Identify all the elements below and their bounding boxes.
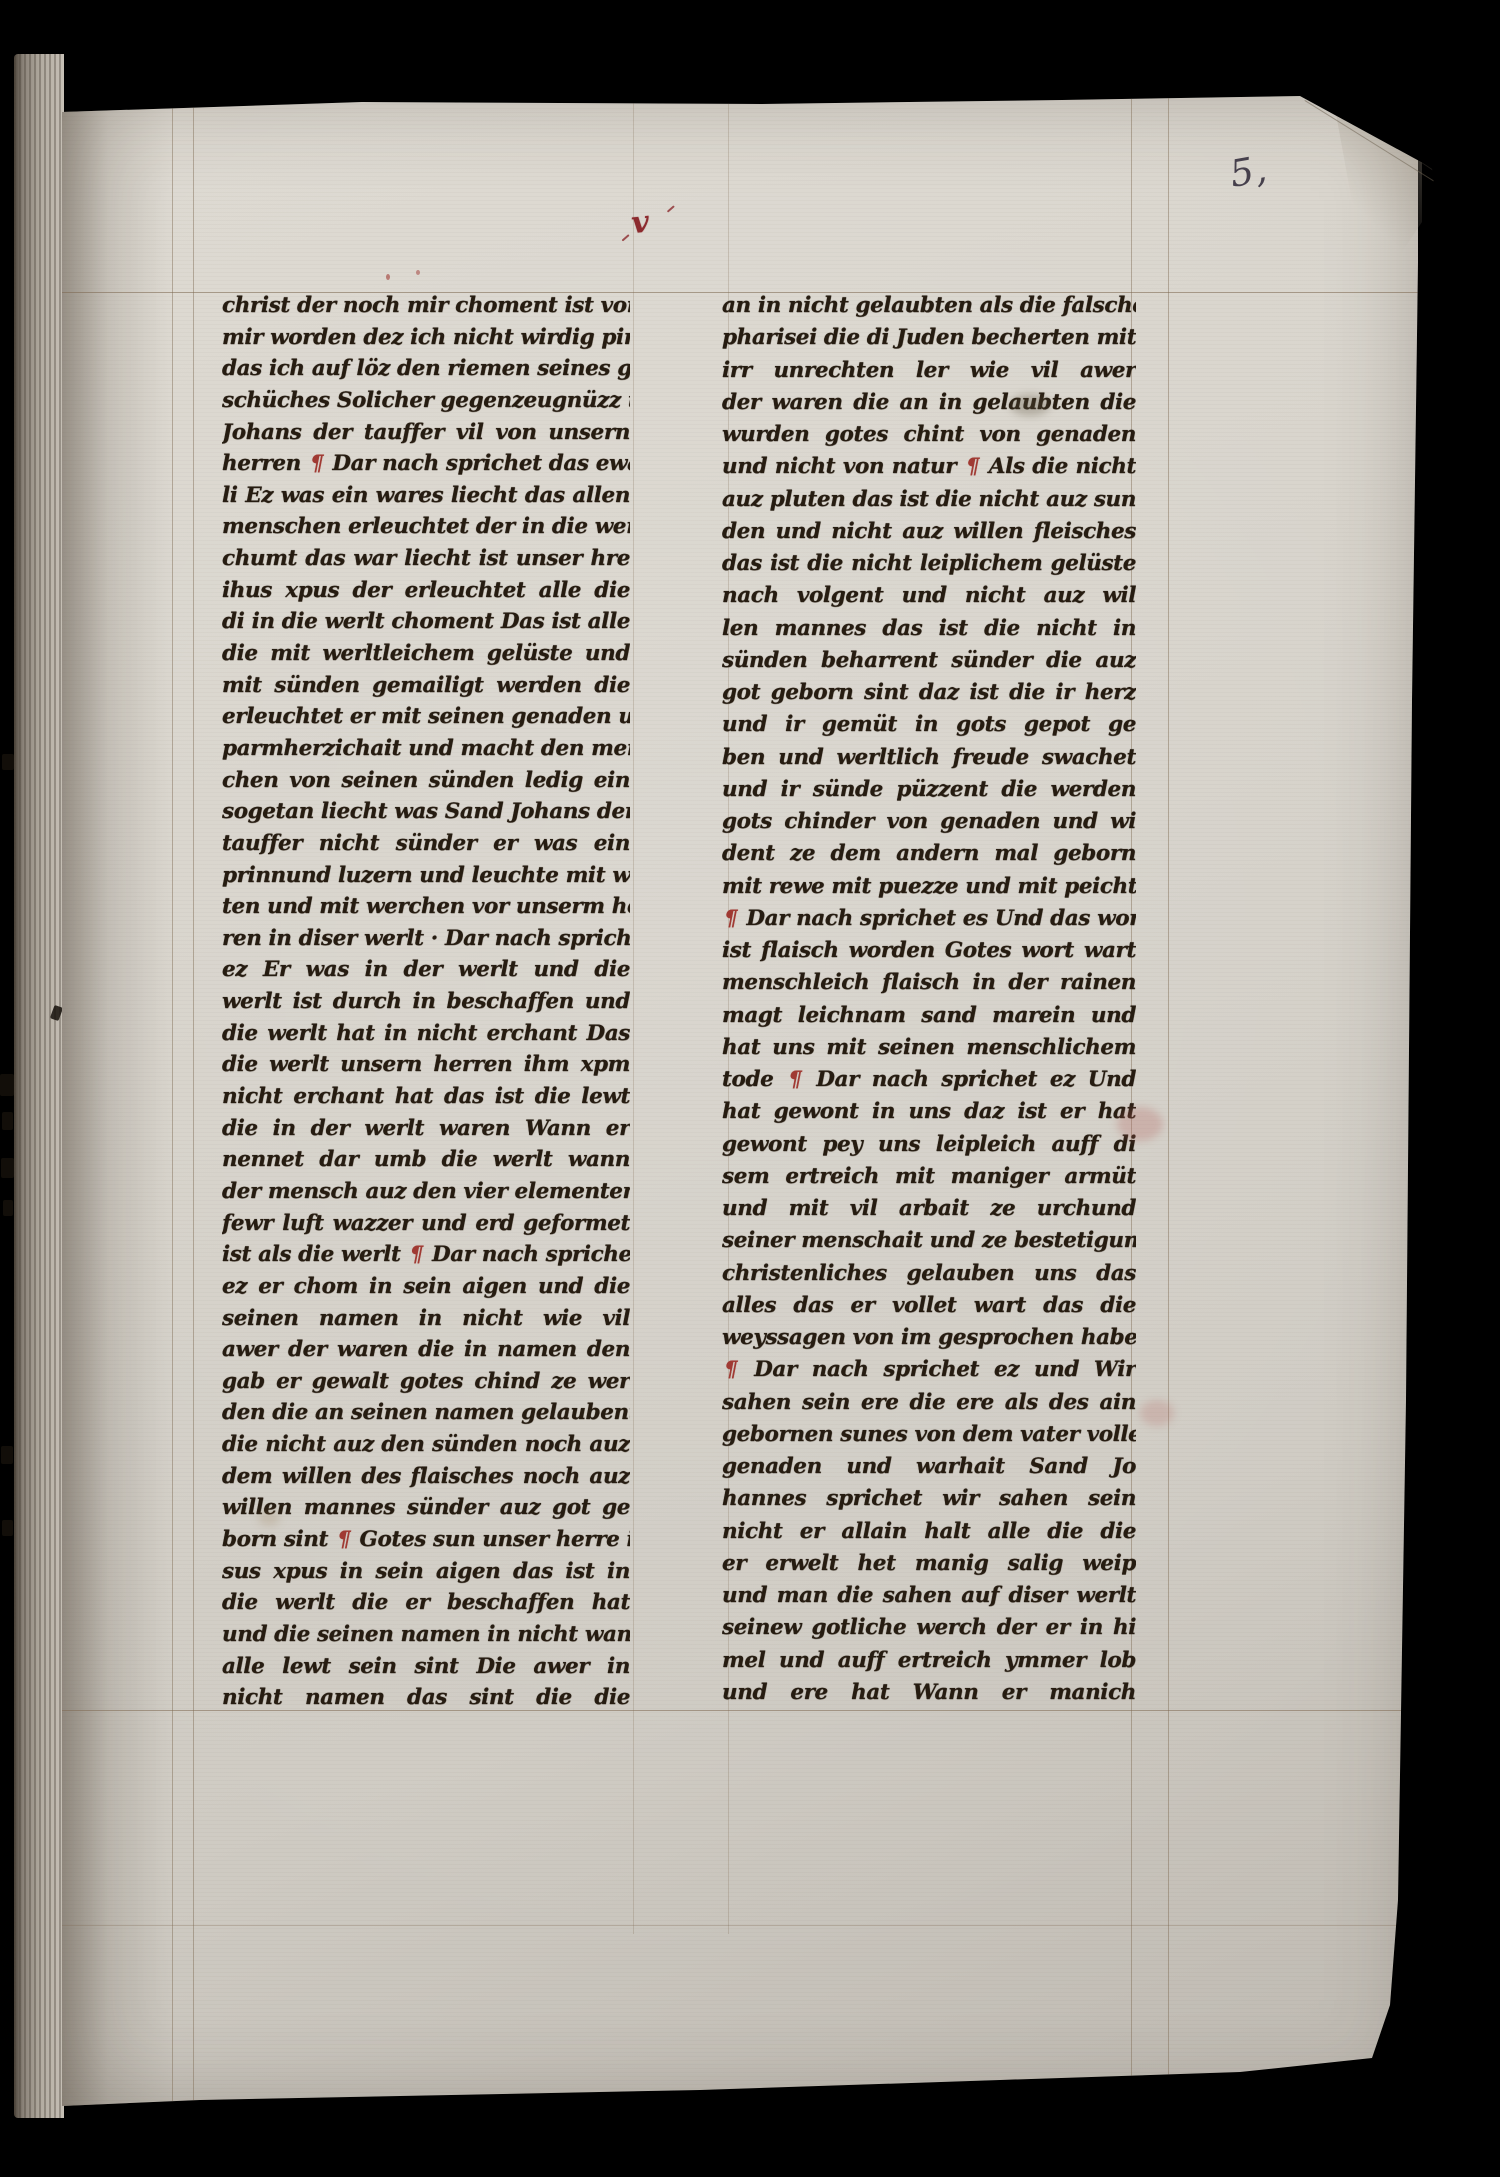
red-speck	[416, 270, 420, 275]
manuscript-text-line: nicht namen das sint die die	[222, 1682, 630, 1714]
text-run: die in der werlt waren Wann er	[222, 1116, 630, 1141]
text-run: nicht er allain halt alle die die	[722, 1519, 1136, 1544]
text-run: ren in diser werlt · Dar nach sprichet	[222, 926, 630, 951]
text-run: menschen erleuchtet der in die werlt	[222, 514, 630, 539]
manuscript-text-line: gots chinder von genaden und wi	[722, 806, 1136, 838]
manuscript-text-line: die nicht auz den sünden noch auz	[222, 1429, 630, 1461]
text-run: schüches Solicher gegenzeugnüzz tet sant	[222, 388, 630, 413]
text-run: und man die sahen auf diser werlt	[722, 1583, 1136, 1608]
manuscript-text-line: sogetan liecht was Sand Johans der	[222, 796, 630, 828]
manuscript-text-line: ¶ Dar nach sprichet ez und Wir	[722, 1354, 1136, 1386]
manuscript-text-line: ¶ Dar nach sprichet es Und das wort	[722, 903, 1136, 935]
quire-mark-tick	[667, 205, 675, 212]
text-run: das ist die nicht leiplichem gelüste	[722, 551, 1136, 576]
text-run: ihus xpus der erleuchtet alle die	[222, 578, 630, 603]
text-run: die mit werltleichem gelüste und	[222, 641, 630, 666]
manuscript-text-line: tauffer nicht sünder er was ein	[222, 828, 630, 860]
text-run: nicht namen das sint die die	[222, 1685, 630, 1710]
text-run: di in die werlt choment Das ist alle	[222, 609, 630, 634]
text-run: alles das er vollet wart das die	[722, 1293, 1136, 1318]
manuscript-text-line: mel und auff ertreich ymmer lob	[722, 1645, 1136, 1677]
text-run: die nicht auz den sünden noch auz	[222, 1432, 630, 1457]
text-run: alle lewt sein sint Die awer in	[222, 1654, 630, 1679]
pilcrow-mark: ¶	[335, 1527, 352, 1552]
ink-fragment	[2, 1520, 13, 1536]
text-run: awer der waren die in namen den	[222, 1337, 630, 1362]
manuscript-text-line: len mannes das ist die nicht in	[722, 613, 1136, 645]
manuscript-text-line: christenliches gelauben uns das	[722, 1258, 1136, 1290]
manuscript-text-line: er erwelt het manig salig weip	[722, 1548, 1136, 1580]
manuscript-text-line: pharisei die di Juden becherten mit	[722, 322, 1136, 354]
ruling-line-right-outer	[1168, 98, 1169, 2088]
text-run: sogetan liecht was Sand Johans der	[222, 799, 630, 824]
text-run: hat gewont in uns daz ist er hat	[722, 1099, 1136, 1124]
manuscript-text-line: ez Er was in der werlt und die	[222, 954, 630, 986]
text-run: erleuchtet er mit seinen genaden und	[222, 704, 630, 729]
manuscript-text-line: und mit vil arbait ze urchund	[722, 1193, 1136, 1225]
text-run: Johans der tauffer vil von unsern	[222, 420, 630, 445]
text-run: nach volgent und nicht auz wil	[722, 583, 1136, 608]
manuscript-text-line: alles das er vollet wart das die	[722, 1290, 1136, 1322]
quire-mark-letter: v	[630, 204, 651, 241]
text-run: der mensch auz den vier elementen	[222, 1179, 630, 1204]
manuscript-text-line: nicht er allain halt alle die die	[722, 1516, 1136, 1548]
ink-speck	[50, 1005, 63, 1021]
text-run: genaden und warhait Sand Jo	[722, 1454, 1136, 1479]
manuscript-text-line: wurden gotes chint von genaden	[722, 419, 1136, 451]
ruling-line-left-outer	[172, 100, 173, 2102]
text-run: seinen namen in nicht wie vil	[222, 1306, 630, 1331]
manuscript-text-line: magt leichnam sand marein und	[722, 1000, 1136, 1032]
manuscript-text-line: awer der waren die in namen den	[222, 1334, 630, 1366]
text-run: den die an seinen namen gelaubent	[222, 1400, 630, 1425]
manuscript-text-line: dem willen des flaisches noch auz	[222, 1461, 630, 1493]
text-run: willen mannes sünder auz got ge	[222, 1495, 630, 1520]
manuscript-text-line: und man die sahen auf diser werlt	[722, 1580, 1136, 1612]
manuscript-text-line: tode ¶ Dar nach sprichet ez Und	[722, 1064, 1136, 1096]
text-run: herren	[222, 451, 308, 476]
text-run: nicht erchant hat das ist die lewt	[222, 1084, 630, 1109]
text-run: dem willen des flaisches noch auz	[222, 1464, 630, 1489]
manuscript-page: v 5, christ der noch mir choment ist vor…	[62, 92, 1418, 2108]
manuscript-text-line: Johans der tauffer vil von unsern	[222, 417, 630, 449]
text-run: gab er gewalt gotes chind ze wer	[222, 1369, 630, 1394]
manuscript-text-line: genaden und warhait Sand Jo	[722, 1451, 1136, 1483]
text-run: und nicht von natur	[722, 454, 964, 479]
soil-smudge	[1010, 394, 1050, 416]
text-run: gewont pey uns leipleich auff di	[722, 1132, 1136, 1157]
text-run: seiner menschait und ze bestetigung	[722, 1228, 1136, 1253]
text-run: sem ertreich mit maniger armüt	[722, 1164, 1136, 1189]
manuscript-text-line: gebornen sunes von dem vater vollen	[722, 1419, 1136, 1451]
ink-fragment	[0, 1074, 14, 1096]
text-run: Dar nach sprichet ez und Wir	[739, 1357, 1136, 1382]
manuscript-text-line: und die seinen namen in nicht wan	[222, 1619, 630, 1651]
manuscript-text-line: den und nicht auz willen fleisches	[722, 516, 1136, 548]
text-run: der waren die an in gelaubten die	[722, 390, 1136, 415]
text-run: christenliches gelauben uns das	[722, 1261, 1136, 1286]
text-run: Dar nach sprichet	[425, 1242, 630, 1267]
manuscript-text-line: die in der werlt waren Wann er	[222, 1113, 630, 1145]
book-leaf-edges	[14, 54, 64, 2118]
manuscript-text-line: ez er chom in sein aigen und die	[222, 1271, 630, 1303]
text-run: weyssagen von im gesprochen habet	[722, 1325, 1136, 1350]
manuscript-text-line: gewont pey uns leipleich auff di	[722, 1129, 1136, 1161]
text-run: ist flaisch worden Gotes wort wart	[722, 938, 1136, 963]
text-run: chumt das war liecht ist unser hre	[222, 546, 630, 571]
manuscript-text-line: ist flaisch worden Gotes wort wart	[722, 935, 1136, 967]
manuscript-text-line: dent ze dem andern mal geborn	[722, 838, 1136, 870]
text-run: Dar nach sprichet ez Und	[803, 1067, 1136, 1092]
manuscript-text-line: weyssagen von im gesprochen habet	[722, 1322, 1136, 1354]
text-run: mit sünden gemailigt werden die	[222, 673, 630, 698]
manuscript-text-line: das ist die nicht leiplichem gelüste	[722, 548, 1136, 580]
manuscript-text-line: chen von seinen sünden ledig ein	[222, 765, 630, 797]
red-speck	[386, 274, 390, 280]
manuscript-text-line: die mit werltleichem gelüste und	[222, 638, 630, 670]
manuscript-text-line: fewr luft wazzer und erd geformet	[222, 1208, 630, 1240]
manuscript-text-line: die werlt hat in nicht erchant Das	[222, 1018, 630, 1050]
text-run: sünden beharrent sünder die auz	[722, 648, 1136, 673]
manuscript-text-line: sahen sein ere die ere als des ain	[722, 1387, 1136, 1419]
text-run: chen von seinen sünden ledig ein	[222, 768, 630, 793]
manuscript-text-line: nennet dar umb die werlt wann	[222, 1144, 630, 1176]
manuscript-text-line: die werlt unsern herren ihm xpm	[222, 1049, 630, 1081]
manuscript-text-line: ist als die werlt ¶ Dar nach sprichet	[222, 1239, 630, 1271]
text-run: hat uns mit seinen menschlichem	[722, 1035, 1136, 1060]
manuscript-text-line: got geborn sint daz ist die ir herz	[722, 677, 1136, 709]
folio-number: 5,	[1227, 147, 1271, 196]
text-run: Dar nach sprichet das ewange	[325, 451, 630, 476]
text-run: die werlt die er beschaffen hat	[222, 1590, 630, 1615]
manuscript-text-line: der waren die an in gelaubten die	[722, 387, 1136, 419]
text-run: und ere hat Wann er manich	[722, 1680, 1136, 1705]
text-run: ez Er was in der werlt und die	[222, 957, 630, 982]
manuscript-text-line: sus xpus in sein aigen das ist in	[222, 1556, 630, 1588]
text-run: ez er chom in sein aigen und die	[222, 1274, 630, 1299]
ink-fragment	[1, 1158, 14, 1178]
text-run: ten und mit werchen vor unserm her	[222, 894, 630, 919]
manuscript-text-line: hannes sprichet wir sahen sein	[722, 1483, 1136, 1515]
text-run: magt leichnam sand marein und	[722, 1003, 1136, 1028]
text-run: parmherzichait und macht den mens	[222, 736, 630, 761]
text-run: christ der noch mir choment ist vor	[222, 293, 630, 318]
manuscript-text-line: ren in diser werlt · Dar nach sprichet	[222, 923, 630, 955]
ink-fragment	[2, 754, 14, 770]
text-run: sus xpus in sein aigen das ist in	[222, 1559, 630, 1584]
ink-fragment	[1, 1446, 13, 1464]
manuscript-text-line: parmherzichait und macht den mens	[222, 733, 630, 765]
manuscript-text-line: willen mannes sünder auz got ge	[222, 1492, 630, 1524]
pilcrow-mark: ¶	[722, 1357, 739, 1382]
manuscript-text-line: das ich auf löz den riemen seines ge	[222, 353, 630, 385]
text-run: ist als die werlt	[222, 1242, 408, 1267]
ruling-line-lower-margin	[62, 1925, 1418, 1926]
photo-background: v 5, christ der noch mir choment ist vor…	[0, 0, 1500, 2177]
text-run: und mit vil arbait ze urchund	[722, 1196, 1136, 1221]
pigment-smudge	[1117, 1107, 1163, 1141]
text-run: prinnund luzern und leuchte mit wor	[222, 863, 630, 888]
manuscript-text-line: herren ¶ Dar nach sprichet das ewange	[222, 448, 630, 480]
manuscript-text-line: und ir gemüt in gots gepot ge	[722, 709, 1136, 741]
text-run: Dar nach sprichet es Und das wort	[739, 906, 1136, 931]
text-run: die werlt unsern herren ihm xpm	[222, 1052, 630, 1077]
manuscript-text-line: irr unrechten ler wie vil awer	[722, 355, 1136, 387]
manuscript-text-line: ihus xpus der erleuchtet alle die	[222, 575, 630, 607]
text-column-right: an in nicht gelaubten als die falschepha…	[722, 290, 1136, 1709]
pigment-smudge	[1140, 1400, 1174, 1426]
manuscript-text-line: die werlt die er beschaffen hat	[222, 1587, 630, 1619]
text-run: gots chinder von genaden und wi	[722, 809, 1136, 834]
text-run: er erwelt het manig salig weip	[722, 1551, 1136, 1576]
manuscript-text-line: ten und mit werchen vor unserm her	[222, 891, 630, 923]
text-run: hannes sprichet wir sahen sein	[722, 1486, 1136, 1511]
text-run: dent ze dem andern mal geborn	[722, 841, 1136, 866]
manuscript-text-line: der mensch auz den vier elementen	[222, 1176, 630, 1208]
manuscript-text-line: an in nicht gelaubten als die falsche	[722, 290, 1136, 322]
manuscript-text-line: und ere hat Wann er manich	[722, 1677, 1136, 1709]
text-run: irr unrechten ler wie vil awer	[722, 358, 1136, 383]
text-run: den und nicht auz willen fleisches	[722, 519, 1136, 544]
ink-fragment	[2, 1112, 13, 1130]
text-run: die werlt hat in nicht erchant Das	[222, 1021, 630, 1046]
manuscript-text-line: hat uns mit seinen menschlichem	[722, 1032, 1136, 1064]
quire-mark: v	[630, 202, 674, 250]
pilcrow-mark: ¶	[964, 454, 981, 479]
text-run: und ir gemüt in gots gepot ge	[722, 712, 1136, 737]
manuscript-text-line: sem ertreich mit maniger armüt	[722, 1161, 1136, 1193]
manuscript-text-line: den die an seinen namen gelaubent	[222, 1397, 630, 1429]
ruling-line-intercolumn-left	[633, 98, 634, 1934]
manuscript-text-line: sünden beharrent sünder die auz	[722, 645, 1136, 677]
text-run: fewr luft wazzer und erd geformet	[222, 1211, 630, 1236]
manuscript-text-line: chumt das war liecht ist unser hre	[222, 543, 630, 575]
text-run: Gotes sun unser herre ihe	[352, 1527, 630, 1552]
text-run: werlt ist durch in beschaffen und	[222, 989, 630, 1014]
text-run: auz pluten das ist die nicht auz sun	[722, 487, 1136, 512]
manuscript-text-line: und ir sünde püzzent die werden	[722, 774, 1136, 806]
manuscript-text-line: mit rewe mit puezze und mit peicht	[722, 871, 1136, 903]
manuscript-text-line: mir worden dez ich nicht wirdig pin	[222, 322, 630, 354]
manuscript-text-line: erleuchtet er mit seinen genaden und	[222, 701, 630, 733]
pilcrow-mark: ¶	[722, 906, 739, 931]
manuscript-text-line: nicht erchant hat das ist die lewt	[222, 1081, 630, 1113]
manuscript-text-line: werlt ist durch in beschaffen und	[222, 986, 630, 1018]
text-run: mit rewe mit puezze und mit peicht	[722, 874, 1136, 899]
quire-mark-tick	[622, 234, 630, 241]
text-run: seinew gotliche werch der er in hi	[722, 1615, 1136, 1640]
text-run: len mannes das ist die nicht in	[722, 616, 1136, 641]
text-run: gebornen sunes von dem vater vollen	[722, 1422, 1136, 1447]
text-run: mel und auff ertreich ymmer lob	[722, 1648, 1136, 1673]
text-run: ben und werltlich freude swachet	[722, 745, 1136, 770]
ink-fragment	[3, 1200, 13, 1216]
text-run: und ir sünde püzzent die werden	[722, 777, 1136, 802]
manuscript-text-line: li Ez was ein wares liecht das allen	[222, 480, 630, 512]
pilcrow-mark: ¶	[408, 1242, 425, 1267]
manuscript-text-line: nach volgent und nicht auz wil	[722, 580, 1136, 612]
text-run: das ich auf löz den riemen seines ge	[222, 356, 630, 381]
manuscript-text-line: menschleich flaisch in der rainen	[722, 967, 1136, 999]
text-run: Als die nicht	[981, 454, 1136, 479]
manuscript-text-line: und nicht von natur ¶ Als die nicht	[722, 451, 1136, 483]
text-run: menschleich flaisch in der rainen	[722, 970, 1136, 995]
text-run: got geborn sint daz ist die ir herz	[722, 680, 1136, 705]
manuscript-text-line: ben und werltlich freude swachet	[722, 742, 1136, 774]
manuscript-text-line: di in die werlt choment Das ist alle	[222, 606, 630, 638]
text-run: sahen sein ere die ere als des ain	[722, 1390, 1136, 1415]
text-run: wurden gotes chint von genaden	[722, 422, 1136, 447]
page-corner-fold	[1272, 92, 1422, 272]
manuscript-text-line: gab er gewalt gotes chind ze wer	[222, 1366, 630, 1398]
manuscript-text-line: auz pluten das ist die nicht auz sun	[722, 484, 1136, 516]
manuscript-text-line: mit sünden gemailigt werden die	[222, 670, 630, 702]
manuscript-text-line: born sint ¶ Gotes sun unser herre ihe	[222, 1524, 630, 1556]
text-run: born sint	[222, 1527, 335, 1552]
manuscript-text-line: seinen namen in nicht wie vil	[222, 1303, 630, 1335]
manuscript-text-line: christ der noch mir choment ist vor	[222, 290, 630, 322]
text-run: an in nicht gelaubten als die falsche	[722, 293, 1136, 318]
text-run: li Ez was ein wares liecht das allen	[222, 483, 630, 508]
text-run: mir worden dez ich nicht wirdig pin	[222, 325, 630, 350]
manuscript-text-line: hat gewont in uns daz ist er hat	[722, 1096, 1136, 1128]
manuscript-text-line: seiner menschait und ze bestetigung	[722, 1225, 1136, 1257]
manuscript-text-line: menschen erleuchtet der in die werlt	[222, 511, 630, 543]
foxing-spot	[258, 1510, 280, 1526]
ruling-line-left-inner	[193, 100, 194, 2102]
manuscript-text-line: schüches Solicher gegenzeugnüzz tet sant	[222, 385, 630, 417]
manuscript-text-line: prinnund luzern und leuchte mit wor	[222, 860, 630, 892]
text-run: nennet dar umb die werlt wann	[222, 1147, 630, 1172]
text-run: pharisei die di Juden becherten mit	[722, 325, 1136, 350]
text-column-left: christ der noch mir choment ist vormir w…	[222, 290, 630, 1714]
pilcrow-mark: ¶	[308, 451, 325, 476]
text-run: tode	[722, 1067, 786, 1092]
manuscript-text-line: alle lewt sein sint Die awer in	[222, 1651, 630, 1683]
manuscript-text-line: seinew gotliche werch der er in hi	[722, 1612, 1136, 1644]
pilcrow-mark: ¶	[786, 1067, 803, 1092]
text-run: tauffer nicht sünder er was ein	[222, 831, 630, 856]
text-run: und die seinen namen in nicht wan	[222, 1622, 630, 1647]
